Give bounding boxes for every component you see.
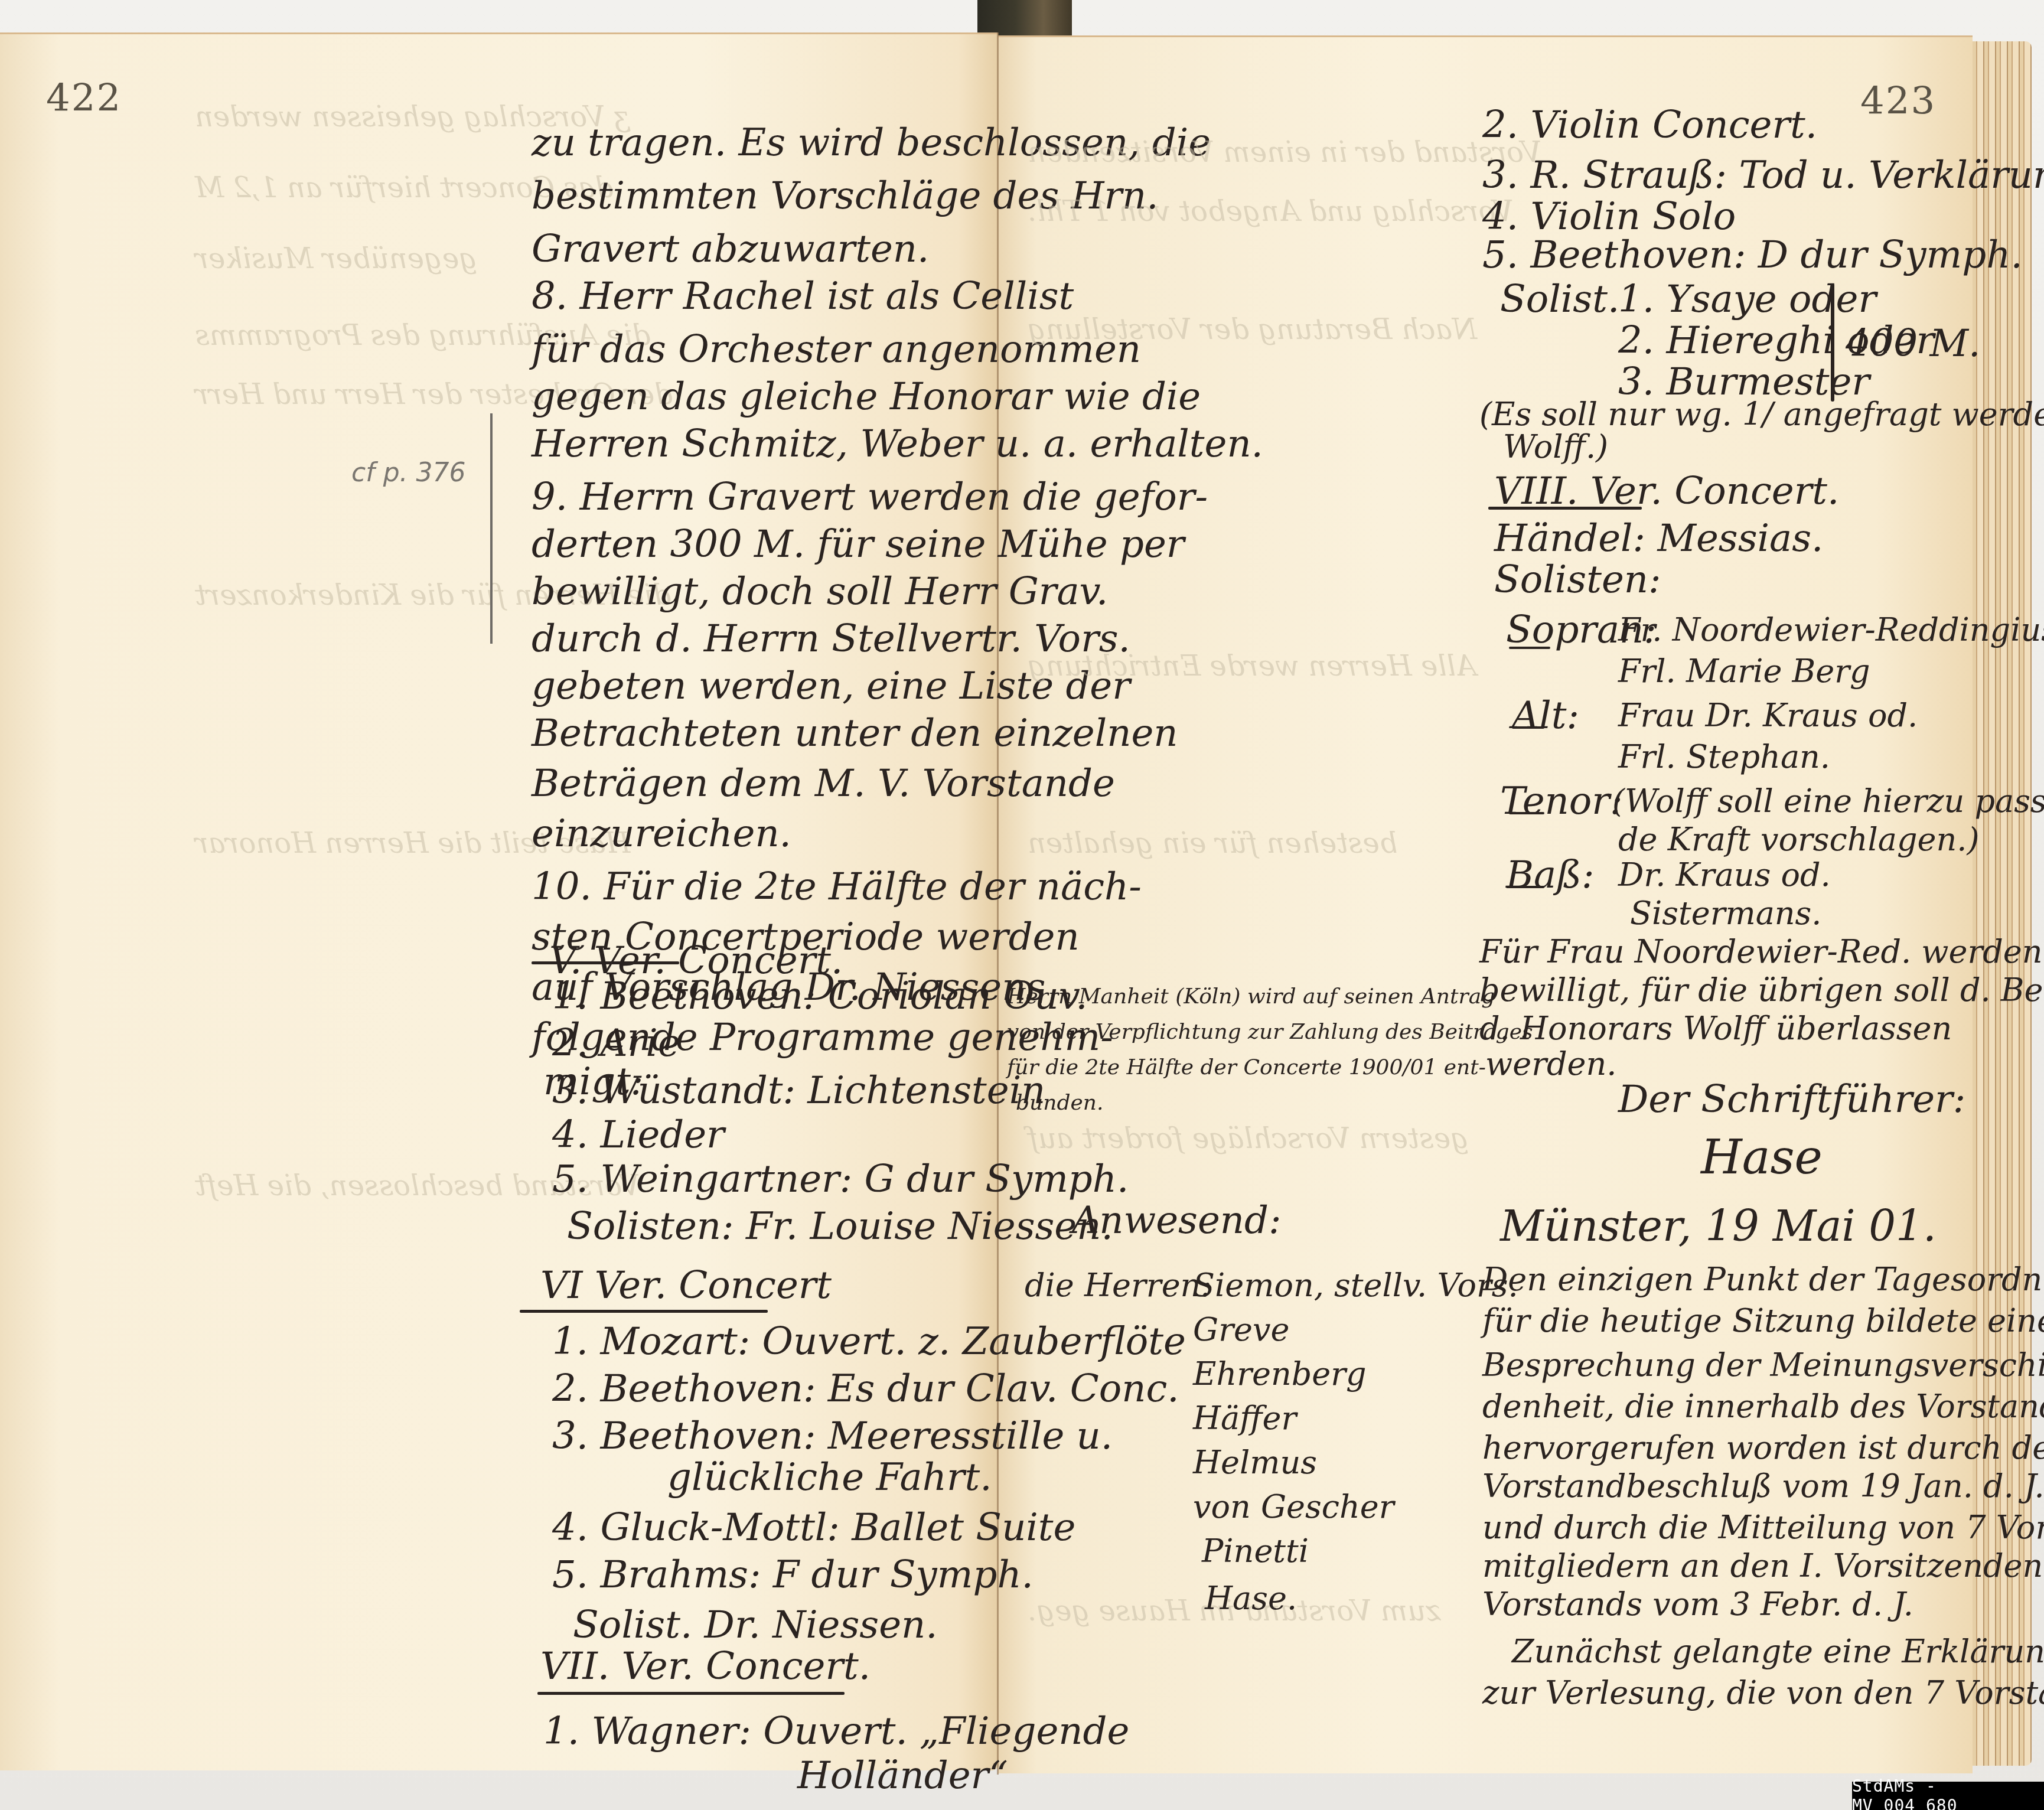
attendance-heading: Anwesend: <box>1072 1202 1282 1240</box>
text-line: derten 300 M. für seine Mühe per <box>532 526 1184 563</box>
text-line: Herren Schmitz, Weber u. a. erhalten. <box>532 425 1263 463</box>
heading-underline <box>532 961 679 964</box>
attendee: Siemon, stellv. Vors. <box>1193 1270 1518 1302</box>
bleed-through-text: Vorschlag und Angebot von 1 Thl. <box>1028 195 1514 228</box>
part-underline <box>1506 886 1544 888</box>
entry-line: Den einzigen Punkt der Tagesordnung <box>1482 1264 2044 1296</box>
attendee: Hase. <box>1205 1583 1297 1615</box>
pencil-margin-line <box>490 413 493 644</box>
closing-line: Für Frau Noordewier-Red. werden 300 M. <box>1479 936 2044 968</box>
entry-line: Zunächst gelangte eine Erklärung <box>1512 1636 2044 1668</box>
heading-underline <box>537 1692 845 1695</box>
note-line: Herrn Manheit (Köln) wird auf seinen Ant… <box>1007 986 1495 1007</box>
attendee: Häffer <box>1193 1403 1296 1434</box>
parenthetical-note: Wolff.) <box>1503 431 1608 463</box>
closing-line: bewilligt, für die übrigen soll d. Bemes… <box>1479 974 2044 1006</box>
attendance-label: die Herren: <box>1025 1270 1212 1302</box>
parenthetical-note: (Es soll nur wg. 1/ angefragt werden bei <box>1479 399 2044 431</box>
program-item: Holländer“ <box>797 1757 1008 1795</box>
program-item: 2. Violin Concert. <box>1482 106 1817 144</box>
entry-line: Vorstands vom 3 Febr. d. J. <box>1482 1589 1913 1620</box>
entry-line: mitgliedern an den I. Vorsitzenden des <box>1482 1550 2044 1582</box>
part-underline <box>1509 647 1550 649</box>
soloists-label: Solisten: <box>1494 561 1661 599</box>
text-line: einzureichen. <box>532 815 791 853</box>
note-line: für die 2te Hälfte der Concerte 1900/01 … <box>1007 1057 1486 1078</box>
voice-part: Alt: <box>1512 697 1579 735</box>
program-item: 4. Gluck-Mottl: Ballet Suite <box>552 1509 1075 1547</box>
entry-date: Münster, 19 Mai 01. <box>1500 1205 1937 1247</box>
text-line: gegen das gleiche Honorar wie die <box>532 378 1201 416</box>
closing-line: werden. <box>1485 1048 1616 1080</box>
entry-line: und durch die Mitteilung von 7 Vorstands… <box>1482 1512 2044 1544</box>
entry-line: für die heutige Sitzung bildete eine <box>1482 1305 2044 1337</box>
text-line: Betrachteten unter den einzelnen <box>532 715 1178 752</box>
program-item: 5. Beethoven: D dur Symph. <box>1482 236 2023 274</box>
attendee: Greve <box>1193 1314 1289 1346</box>
part-underline <box>1512 726 1544 729</box>
note-line: von der Verpflichtung zur Zahlung des Be… <box>1007 1022 1533 1043</box>
voice-singer: Frau Dr. Kraus od. <box>1618 700 1918 732</box>
page-edges <box>1973 41 2032 1766</box>
voice-singer: Frl. Marie Berg <box>1618 655 1870 687</box>
voice-singer: Dr. Kraus od. <box>1618 859 1831 891</box>
closing-line: d. Honorars Wolff überlassen <box>1479 1013 1952 1045</box>
bleed-through-text: bestehen für ein gehalten <box>1028 827 1397 860</box>
text-line: 10. Für die 2te Hälfte der näch- <box>532 868 1142 906</box>
program-item: 4. Lieder <box>552 1116 725 1154</box>
concert-heading: VII. Ver. Concert. <box>540 1648 871 1685</box>
voice-singer: de Kraft vorschlagen.) <box>1618 824 1979 856</box>
text-line: bewilligt, doch soll Herr Grav. <box>532 573 1108 611</box>
part-underline <box>1509 812 1544 814</box>
entry-line: hervorgerufen worden ist durch den <box>1482 1432 2044 1464</box>
voice-singer: (Wolff soll eine hierzu passen- <box>1612 785 2044 817</box>
signature-name: Hase <box>1701 1134 1823 1181</box>
archive-caption: StdAMs - MV_004_680 <box>1852 1782 2044 1810</box>
program-item: 1. Mozart: Ouvert. z. Zauberflöte <box>552 1323 1186 1361</box>
entry-line: Besprechung der Meinungsverschie- <box>1482 1349 2044 1381</box>
program-item: 1. Wagner: Ouvert. „Fliegende <box>543 1713 1129 1750</box>
page-number-left: 422 <box>46 77 122 120</box>
entry-line: Vorstandbeschluß vom 19 Jan. d. J. <box>1482 1470 2044 1502</box>
program-item: 3. R. Strauß: Tod u. Verklärung <box>1482 156 2044 194</box>
note-line: bunden. <box>1016 1092 1103 1114</box>
soloist-option: 1. Ysaye oder <box>1618 281 1876 318</box>
program-item: 5. Weingartner: G dur Symph. <box>552 1160 1129 1198</box>
heading-underline <box>520 1310 768 1313</box>
soloists-line: Solisten: Fr. Louise Niessen. <box>567 1208 1113 1245</box>
program-item: 3. Beethoven: Meeresstille u. <box>552 1417 1113 1455</box>
page-number-right: 423 <box>1860 80 1936 123</box>
program-item: glückliche Fahrt. <box>667 1459 992 1496</box>
soloists-line: Solist. Dr. Niessen. <box>573 1606 938 1644</box>
brace <box>1831 283 1834 402</box>
concert-heading: VI Ver. Concert <box>540 1267 832 1304</box>
voice-singer: Fr. Noordewier-Reddingius od. <box>1618 614 2044 646</box>
pencil-margin-note: cf p. 376 <box>351 458 466 488</box>
bleed-through-text: Vorstand der in einem Vorsitzenden <box>1028 136 1541 169</box>
attendee: von Gescher <box>1193 1491 1394 1523</box>
attendee: Ehrenberg <box>1193 1358 1367 1390</box>
program-item: 4. Violin Solo <box>1482 198 1736 236</box>
heading-underline <box>1488 507 1642 510</box>
soloist-label: Solist. <box>1500 281 1619 318</box>
voice-part: Baß: <box>1506 856 1595 894</box>
text-line: 8. Herr Rachel ist als Cellist <box>532 278 1074 315</box>
entry-line: zur Verlesung, die von den 7 Vorstands- <box>1482 1677 2044 1709</box>
text-line: Gravert abzuwarten. <box>532 230 929 268</box>
attendee: Pinetti <box>1202 1535 1309 1567</box>
voice-part: Tenor: <box>1500 782 1623 820</box>
signature-title: Der Schriftführer: <box>1618 1081 1965 1118</box>
soloist-fee: 400 M. <box>1846 325 1980 363</box>
text-line: 9. Herrn Gravert werden die gefor- <box>532 478 1208 516</box>
program-item: 3. Wüstandt: Lichtenstein <box>552 1072 1045 1110</box>
voice-singer: Sistermans. <box>1630 898 1822 930</box>
attendee: Helmus <box>1193 1447 1317 1479</box>
bleed-through-text: Alle Herren werde Entrichtung <box>1028 650 1476 683</box>
concert-heading: VIII. Ver. Concert. <box>1494 472 1839 510</box>
bleed-through-text: Nach Beratung der Vorstellung <box>1028 313 1477 346</box>
bleed-through-text: gegenüber Musiker <box>195 242 477 275</box>
program-item: 5. Brahms: F dur Symph. <box>552 1556 1034 1594</box>
bleed-through-text: gestern Vorschläge fordert auf <box>1028 1122 1469 1155</box>
text-line: Beträgen dem M. V. Vorstande <box>532 765 1115 803</box>
concert-work: Händel: Messias. <box>1494 520 1823 557</box>
program-item: 2. Arie <box>552 1025 680 1062</box>
entry-line: denheit, die innerhalb des Vorstands <box>1482 1391 2044 1423</box>
voice-singer: Frl. Stephan. <box>1618 741 1830 773</box>
program-item: 2. Beethoven: Es dur Clav. Conc. <box>552 1370 1179 1408</box>
